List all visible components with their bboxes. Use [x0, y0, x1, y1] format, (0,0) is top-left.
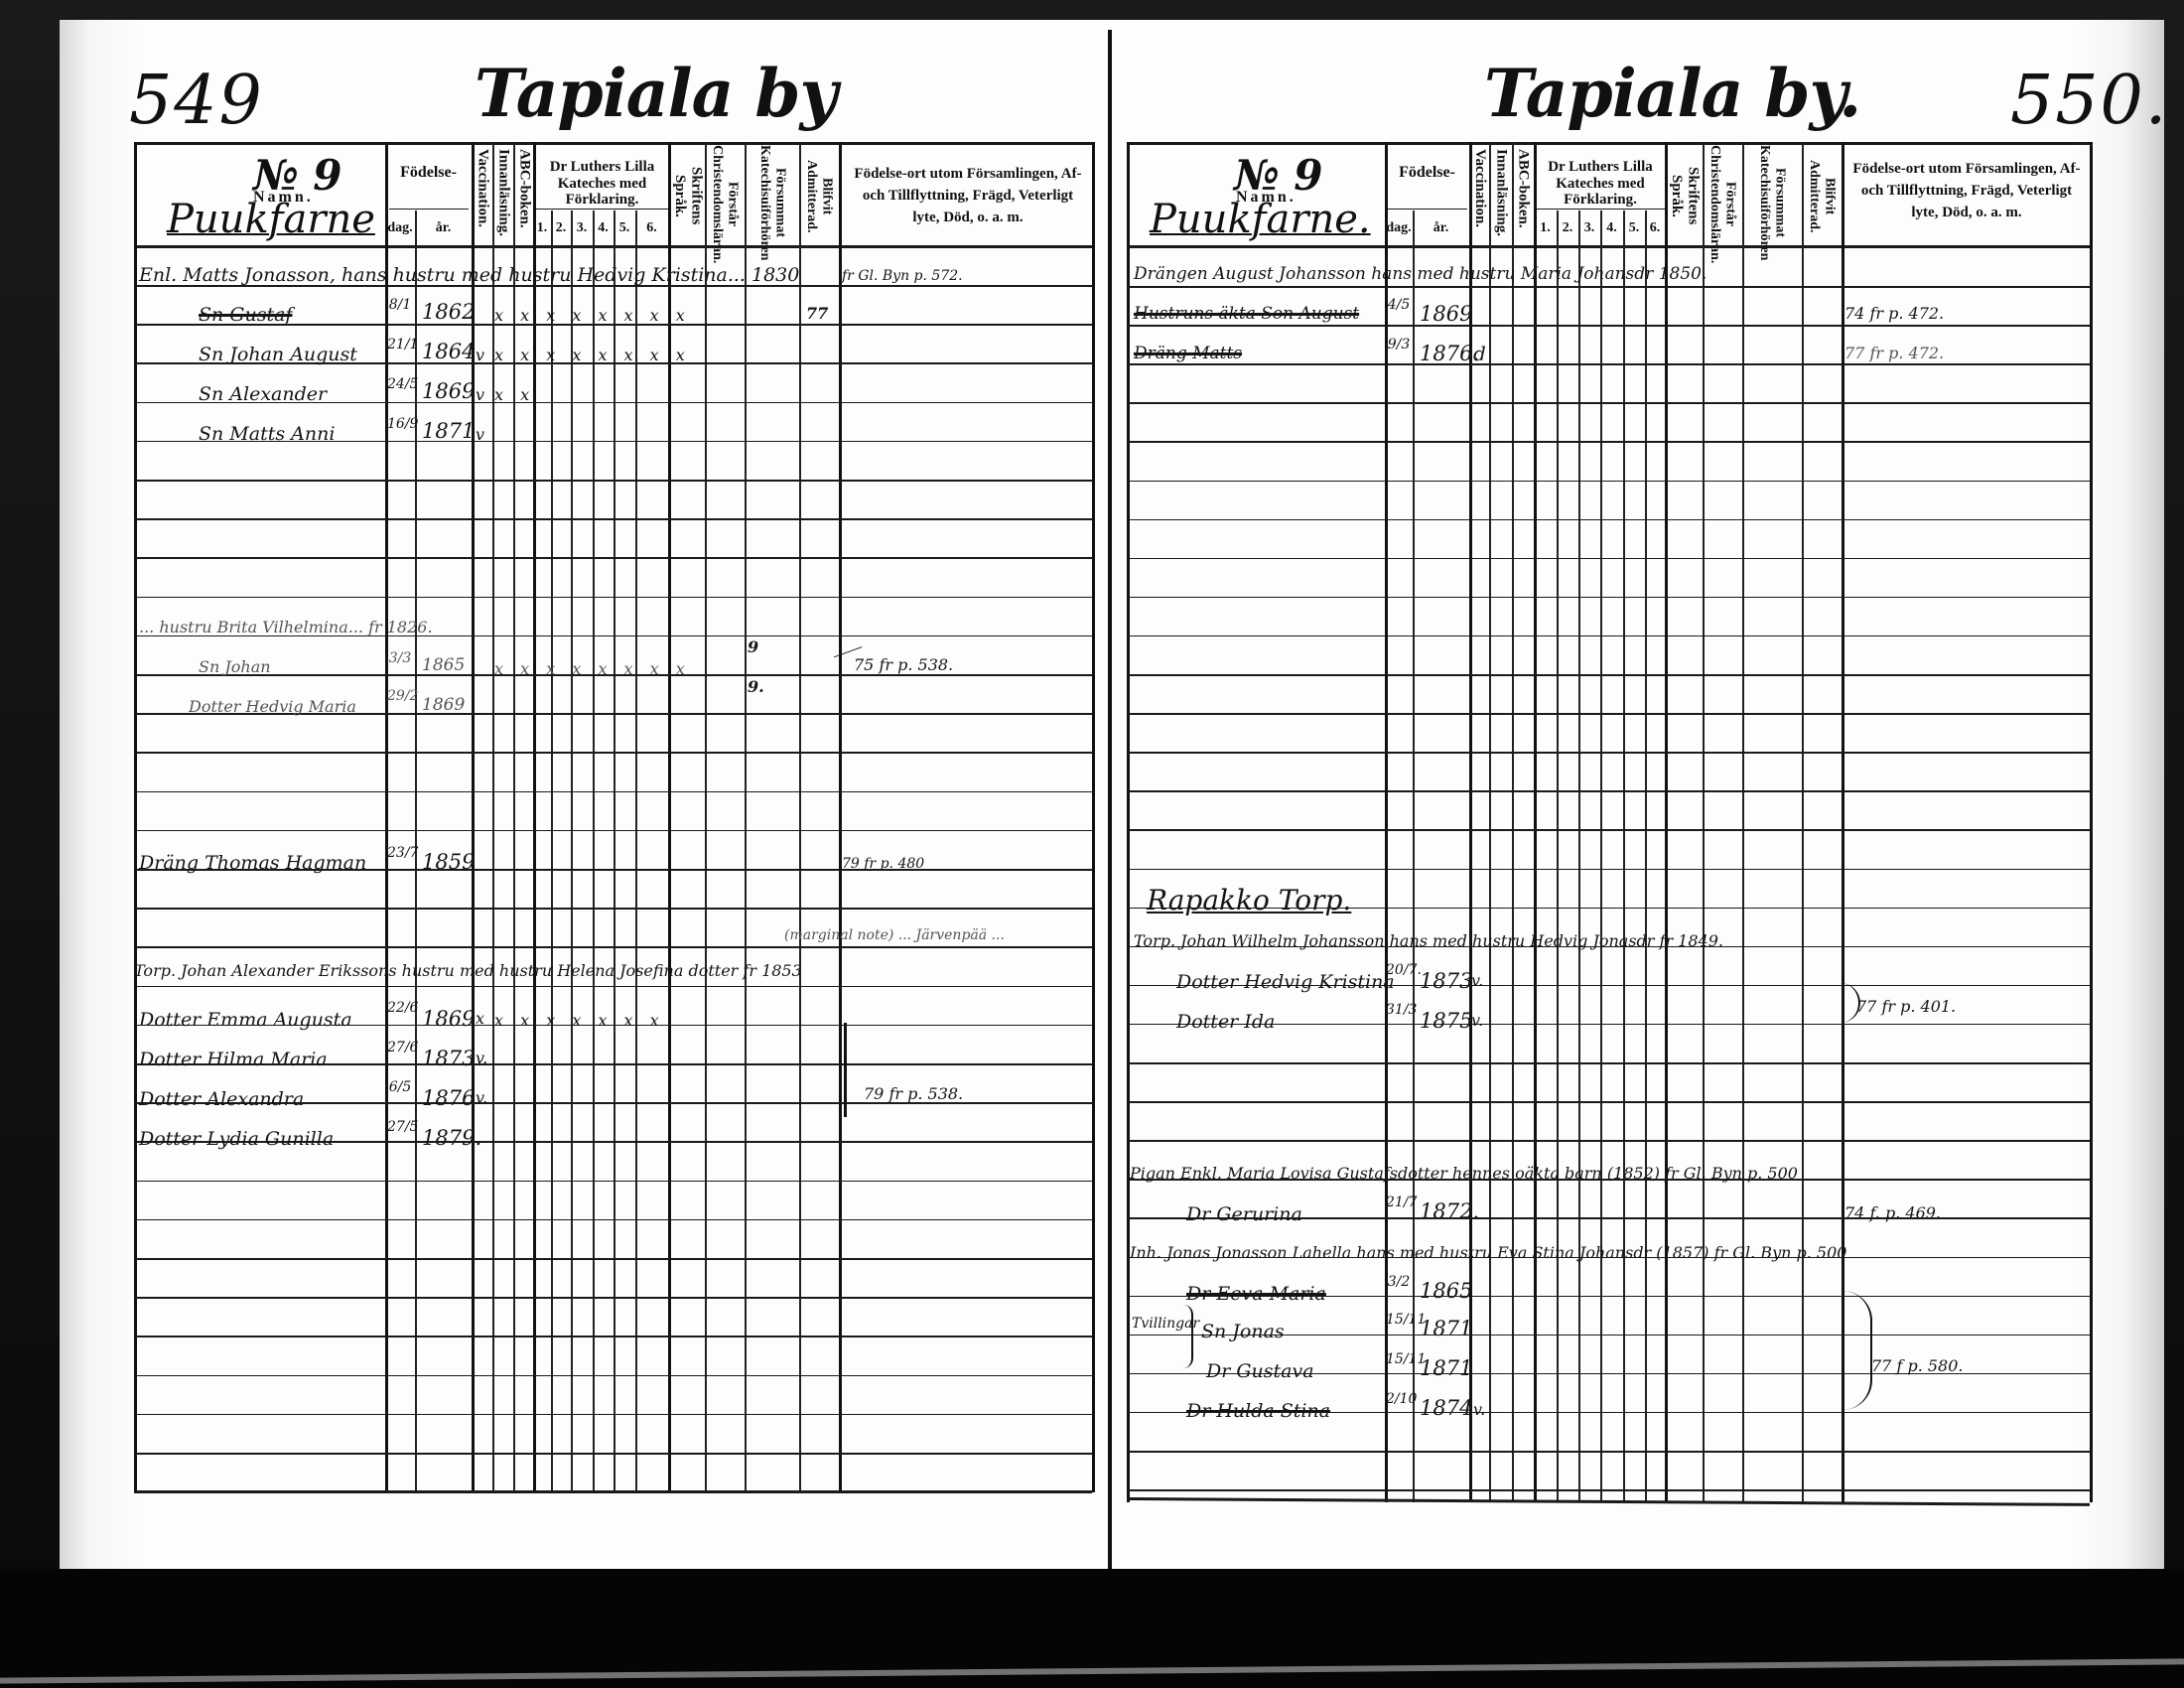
entry-birth-day: 27/5: [387, 1120, 413, 1134]
row-rule: [134, 946, 1092, 948]
entry-name: Sn Johan: [199, 657, 271, 676]
entry-blifvit: 77: [806, 304, 828, 323]
header-vaccination: Vaccination.: [1470, 149, 1489, 243]
header-innanlasning: Innanläsning.: [1491, 149, 1511, 243]
entry-vaccination: v.: [476, 1088, 487, 1107]
entry-name: Dotter Emma Augusta: [139, 1009, 352, 1031]
header-remarks: Födelse-ort utom Församlingen, Af- och T…: [1852, 159, 2081, 223]
row-rule: [1127, 752, 2090, 754]
marginal-note: (marginal note) ... Järvenpää ...: [784, 927, 1005, 943]
header-forstar: Förstår Christendomsläran.: [1705, 145, 1740, 243]
col-line: [1127, 142, 1130, 1502]
entry-birth-day: 22/6: [387, 1001, 413, 1015]
entry-remark: 74 f. p. 469.: [1844, 1203, 1941, 1222]
entry-remark: 77 f p. 580.: [1871, 1356, 1964, 1375]
header-kat-2: 2.: [1557, 220, 1578, 235]
entry-name: Torp. Johan Wilhelm Johansson hans med h…: [1134, 931, 1723, 950]
entry-birth-day: 4/5: [1386, 298, 1412, 312]
entry-name: Dotter Hilma Maria: [139, 1049, 328, 1070]
col-line: [513, 142, 515, 1492]
col-line: [1645, 211, 1647, 1502]
row-rule: [1127, 790, 2090, 792]
header-kat-1: 1.: [1534, 220, 1557, 235]
row-rule: [1127, 481, 2090, 483]
header-abc-boken: ABC-boken.: [514, 149, 534, 243]
header-blifvit: Blifvit Admitterad.: [1805, 149, 1839, 243]
header-skriftens-sprak: Skriftens Språk.: [675, 149, 701, 243]
entry-birth-year: 1869: [422, 379, 475, 403]
entry-forsummat: 9.: [748, 677, 764, 696]
entry-birth-day: 6/5: [387, 1080, 413, 1094]
header-kat-5: 5.: [1623, 220, 1645, 235]
entry-katekes-marks: x x x x x x x x: [494, 306, 691, 325]
entry-remark: fr Gl. Byn p. 572.: [842, 268, 963, 284]
row-rule: [1127, 441, 2090, 443]
left-page-number: 549: [129, 62, 264, 140]
header-blifvit: Blifvit Admitterad.: [802, 149, 836, 243]
entry-birth-day: 3/2: [1386, 1275, 1412, 1289]
entry-name: Sn Johan August: [199, 344, 357, 365]
header-kat-5: 5.: [614, 220, 635, 235]
entry-birth-year: 1875: [1420, 1009, 1472, 1033]
entry-birth-day: 27/6: [387, 1041, 413, 1055]
right-page-number: 550.: [2010, 62, 2168, 140]
entry-birth-day: 15/11: [1386, 1313, 1412, 1327]
row-rule: [1127, 519, 2090, 521]
header-abc-boken: ABC-boken.: [1513, 149, 1533, 243]
header-kat-6: 6.: [635, 220, 668, 235]
col-line: [533, 142, 536, 1492]
row-rule: [1127, 558, 2090, 560]
entry-birth-day: 20/7.: [1386, 963, 1412, 977]
bottom-rule: [134, 1490, 1092, 1493]
entry-birth-year: 1879.: [422, 1126, 481, 1150]
entry-remark: 74 fr p. 472.: [1844, 304, 1944, 323]
entry-name: ... hustru Brita Vilhelmina... fr 1826.: [139, 618, 433, 636]
entry-birth-day: 16/9: [387, 417, 413, 431]
entry-birth-day: 21/1: [387, 338, 413, 352]
col-line: [1600, 211, 1602, 1502]
entry-birth-year: 1864: [422, 340, 475, 363]
entry-katekes-marks: x x x x x x x x: [494, 346, 691, 364]
entry-vaccination: v.: [1471, 1011, 1483, 1030]
row-rule: [134, 830, 1092, 832]
entry-name: Dotter Ida: [1176, 1011, 1275, 1033]
entry-birth-year: 1865: [1420, 1279, 1472, 1303]
row-rule: [134, 480, 1092, 482]
row-rule: [1127, 597, 2090, 599]
left-village-title: Tapiala by: [475, 55, 837, 132]
col-line: [668, 142, 671, 1492]
top-rule: [134, 142, 1092, 145]
entry-name: Dr Gustava: [1206, 1360, 1314, 1382]
farm-name: Puukfarne.: [1150, 197, 1371, 242]
row-rule: [134, 1375, 1092, 1377]
entry-birth-day: 8/1: [387, 298, 413, 312]
entry-birth-year: 1862: [422, 300, 475, 324]
entry-birth-year: 1876: [422, 1086, 475, 1110]
entry-name: Dr Hulda Stina: [1186, 1400, 1330, 1422]
header-ar: år.: [1413, 220, 1469, 235]
col-line: [799, 142, 801, 1492]
header-katekes: Dr Luthers Lilla Kateches med Förklaring…: [1536, 159, 1665, 209]
row-rule: [1127, 1101, 2090, 1103]
col-line: [745, 142, 747, 1492]
entry-remark: 77 fr p. 401.: [1856, 997, 1956, 1016]
row-rule: [1127, 325, 2090, 327]
entry-name: Dr Eeva Maria: [1186, 1283, 1326, 1305]
header-forstar: Förstår Christendomsläran.: [707, 145, 743, 243]
header-fodelse: Födelse-: [385, 164, 472, 182]
row-rule: [134, 791, 1092, 793]
entry-katekes-marks: x x: [494, 385, 535, 404]
header-vaccination: Vaccination.: [473, 149, 492, 243]
row-rule: [1127, 1451, 2090, 1453]
row-rule: [134, 1258, 1092, 1260]
entry-name: Dotter Alexandra: [139, 1088, 304, 1110]
twin-brace: [1181, 1305, 1193, 1368]
row-rule: [134, 986, 1092, 988]
header-kat-4: 4.: [1600, 220, 1623, 235]
section-title: Rapakko Torp.: [1147, 884, 1351, 916]
entry-birth-year: 1873: [1420, 969, 1472, 993]
col-line: [1557, 211, 1559, 1502]
entry-birth-day: 9/3: [1386, 338, 1412, 352]
row-rule: [134, 518, 1092, 520]
row-rule: [1127, 674, 2090, 676]
header-katekes: Dr Luthers Lilla Kateches med Förklaring…: [536, 159, 668, 209]
header-innanlasning: Innanläsning.: [493, 149, 513, 243]
col-line: [1703, 142, 1705, 1502]
col-line: [1802, 142, 1804, 1502]
entry-name: Pigan Enkl. Maria Lovisa Gustafsdotter h…: [1130, 1164, 1798, 1183]
entry-name: Dräng Thomas Hagman: [139, 852, 366, 874]
row-rule: [134, 1297, 1092, 1299]
top-rule: [1127, 142, 2090, 145]
entry-birth-day: 23/7: [387, 846, 413, 860]
entry-remark: 77 fr p. 472.: [1844, 344, 1944, 362]
row-rule: [134, 1336, 1092, 1337]
bracket-line: [844, 1023, 847, 1117]
entry-vaccination: v.: [1473, 1400, 1485, 1419]
entry-name: Dotter Lydia Gunilla: [139, 1128, 334, 1150]
col-line: [1742, 142, 1744, 1502]
row-rule: [1127, 713, 2090, 715]
col-line: [1413, 211, 1415, 1502]
header-ar: år.: [415, 220, 472, 235]
entry-vaccination: v: [476, 385, 484, 404]
entry-birth-year: 1869: [422, 1007, 475, 1031]
entry-name: Sn Gustaf: [199, 304, 292, 326]
header-skriftens-sprak: Skriftens Språk.: [1672, 149, 1698, 243]
row-rule: [1127, 1489, 2090, 1491]
col-line: [1534, 142, 1537, 1502]
col-line: [2090, 142, 2093, 1502]
col-line: [1092, 142, 1095, 1492]
col-line: [492, 142, 494, 1492]
header-kat-2: 2.: [551, 220, 571, 235]
row-rule: [1127, 1140, 2090, 1142]
entry-birth-year: 1859: [422, 850, 475, 874]
bracket-line: [1843, 1291, 1872, 1410]
entry-remark: 79 fr p. 538.: [864, 1084, 963, 1103]
entry-vaccination: x: [476, 1009, 484, 1028]
header-forsummat: Försummat Katechisuiförhören: [749, 145, 796, 243]
row-rule: [134, 752, 1092, 754]
header-kat-1: 1.: [533, 220, 551, 235]
entry-birth-year: 1873: [422, 1047, 475, 1070]
row-rule: [1127, 286, 2090, 288]
entry-name: Dotter Hedvig Kristina: [1176, 971, 1395, 993]
entry-katekes-marks: x x x x x x x x: [494, 659, 691, 678]
entry-birth-year: 1869: [422, 695, 465, 715]
header-dag: dag.: [385, 220, 415, 235]
row-rule: [1127, 829, 2090, 831]
entry-vaccination: v.: [476, 1049, 487, 1067]
header-fodelse: Födelse-: [1385, 164, 1469, 182]
entry-birth-year: 1871: [422, 419, 475, 443]
header-remarks: Födelse-ort utom Församlingen, Af- och T…: [854, 164, 1082, 228]
header-kat-3: 3.: [1578, 220, 1600, 235]
col-line: [1578, 211, 1580, 1502]
col-line: [1623, 211, 1625, 1502]
row-rule: [1127, 1062, 2090, 1064]
header-kat-3: 3.: [571, 220, 593, 235]
col-line: [134, 142, 137, 1492]
entry-name: Torp. Johan Alexander Erikssons hustru m…: [134, 961, 802, 980]
entry-name: Sn Jonas: [1201, 1321, 1285, 1342]
book-spine: [1108, 30, 1112, 1579]
entry-birth-day: 24/5: [387, 377, 413, 391]
entry-vaccination: v.: [1471, 971, 1483, 990]
katekes-sub-rule: [1536, 209, 1665, 210]
row-rule: [134, 597, 1092, 599]
entry-birth-day: 3/3: [387, 651, 413, 665]
col-line: [839, 142, 842, 1492]
entry-name: Hustruns äkta Son August: [1134, 304, 1359, 324]
entry-birth-year: 1872.: [1420, 1199, 1479, 1223]
entry-name: Sn Matts Anni: [199, 423, 335, 445]
farm-name: Puukfarne: [167, 197, 375, 242]
entry-vaccination: v: [476, 425, 484, 444]
entry-name: Inh. Jonas Jonasson Lahella hans med hus…: [1130, 1243, 1846, 1262]
entry-name: Dräng Matts: [1134, 344, 1352, 363]
entry-birth-day: 2/10: [1386, 1392, 1412, 1406]
entry-name: Dr Gerurina: [1186, 1203, 1302, 1225]
fodelse-sub-rule: [389, 209, 469, 210]
header-dag: dag.: [1385, 220, 1413, 235]
entry-birth-year: 1876.: [1420, 342, 1479, 365]
row-rule: [1127, 402, 2090, 404]
entry-remark: 79 fr p. 480: [842, 856, 924, 872]
entry-birth-day: 21/7: [1386, 1196, 1412, 1209]
entry-name: Dotter Hedvig Maria: [189, 697, 356, 716]
header-kat-6: 6.: [1645, 220, 1665, 235]
entry-name: Sn Alexander: [199, 383, 327, 405]
entry-birth-year: 1874: [1420, 1396, 1472, 1420]
entry-birth-year: 1871: [1420, 1317, 1472, 1340]
right-village-title: Tapiala by.: [1484, 55, 1860, 132]
row-rule: [134, 557, 1092, 559]
entry-birth-day: 31/3: [1386, 1003, 1412, 1017]
katekes-sub-rule: [536, 209, 668, 210]
col-line: [1665, 142, 1668, 1502]
fodelse-sub-rule: [1388, 209, 1467, 210]
entry-birth-year: 1865: [422, 655, 465, 675]
row-rule: [134, 908, 1092, 910]
row-rule: [134, 1219, 1092, 1221]
entry-name: Drängen August Johansson hans med hustru…: [1134, 264, 1706, 284]
row-rule: [1127, 363, 2090, 365]
row-rule: [134, 1453, 1092, 1455]
entry-birth-year: 1871: [1420, 1356, 1472, 1380]
entry-vaccination: d: [1473, 342, 1486, 365]
entry-katekes-marks: x x x x x x x: [494, 1011, 665, 1030]
row-rule: [134, 1414, 1092, 1416]
entry-forsummat: 9: [748, 637, 758, 656]
entry-birth-year: 1869: [1420, 302, 1472, 326]
col-line: [1512, 142, 1514, 1502]
header-forsummat: Försummat Katechisuiförhören: [1747, 145, 1797, 243]
entry-vaccination: v: [476, 346, 484, 364]
entry-birth-day: 29/2: [387, 689, 413, 703]
entry-name: Enl. Matts Jonasson, hans hustru med hus…: [139, 264, 799, 286]
col-line: [705, 142, 707, 1492]
entry-birth-day: 15/11: [1386, 1352, 1412, 1366]
col-line: [1489, 142, 1491, 1502]
row-rule: [134, 1181, 1092, 1183]
row-rule: [1127, 635, 2090, 637]
header-kat-4: 4.: [593, 220, 614, 235]
row-rule: [1127, 869, 2090, 871]
header-rule: [1127, 245, 2090, 248]
